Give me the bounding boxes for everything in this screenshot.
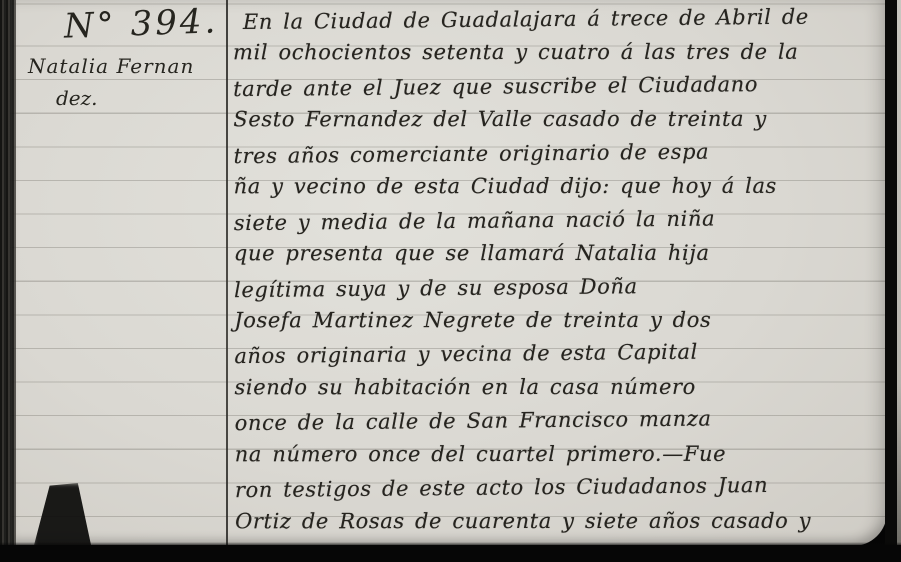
handwritten-line: ña y vecino de esta Ciudad dijo: que hoy… bbox=[234, 170, 886, 204]
record-body: En la Ciudad de Guadalajara á trece de A… bbox=[233, 2, 887, 540]
handwritten-line: siete y media de la mañana nació la niña bbox=[234, 200, 886, 240]
handwritten-line: ron testigos de este acto los Ciudadanos… bbox=[235, 468, 887, 508]
record-number: N° 394. bbox=[63, 1, 219, 46]
margin-name-line-2: dez. bbox=[56, 86, 98, 110]
scanned-register-page: N° 394. Natalia Fernan dez. En la Ciudad… bbox=[0, 0, 901, 562]
handwritten-line: Sesto Fernandez del Valle casado de trei… bbox=[233, 103, 885, 137]
handwritten-line: na número once del cuartel primero.—Fue bbox=[235, 437, 887, 471]
handwritten-line: mil ochocientos setenta y cuatro á las t… bbox=[233, 36, 885, 70]
handwritten-line: once de la calle de San Francisco manza bbox=[235, 401, 887, 441]
scan-bottom-edge bbox=[0, 545, 901, 562]
handwritten-line: legítima suya y de su esposa Doña bbox=[234, 267, 886, 307]
margin-rule-line bbox=[226, 0, 228, 546]
handwritten-line: siendo su habitación en la casa número bbox=[234, 371, 886, 405]
adjacent-page-edge bbox=[897, 0, 901, 548]
scan-right-gutter bbox=[885, 0, 897, 562]
binding-edge bbox=[0, 0, 16, 547]
handwritten-line: Josefa Martinez Negrete de treinta y dos bbox=[234, 304, 886, 338]
handwritten-line: Ortiz de Rosas de cuarenta y siete años … bbox=[235, 504, 887, 538]
handwritten-line: años originaria y vecina de esta Capital bbox=[234, 334, 886, 374]
margin-name-line-1: Natalia Fernan bbox=[28, 54, 194, 78]
handwritten-line: que presenta que se llamará Natalia hija bbox=[234, 237, 886, 271]
handwritten-line: En la Ciudad de Guadalajara á trece de A… bbox=[233, 0, 885, 40]
handwritten-line: tres años comerciante originario de espa bbox=[233, 134, 885, 174]
handwritten-line: tarde ante el Juez que suscribe el Ciuda… bbox=[233, 67, 885, 107]
margin-column: N° 394. Natalia Fernan dez. bbox=[12, 0, 224, 546]
